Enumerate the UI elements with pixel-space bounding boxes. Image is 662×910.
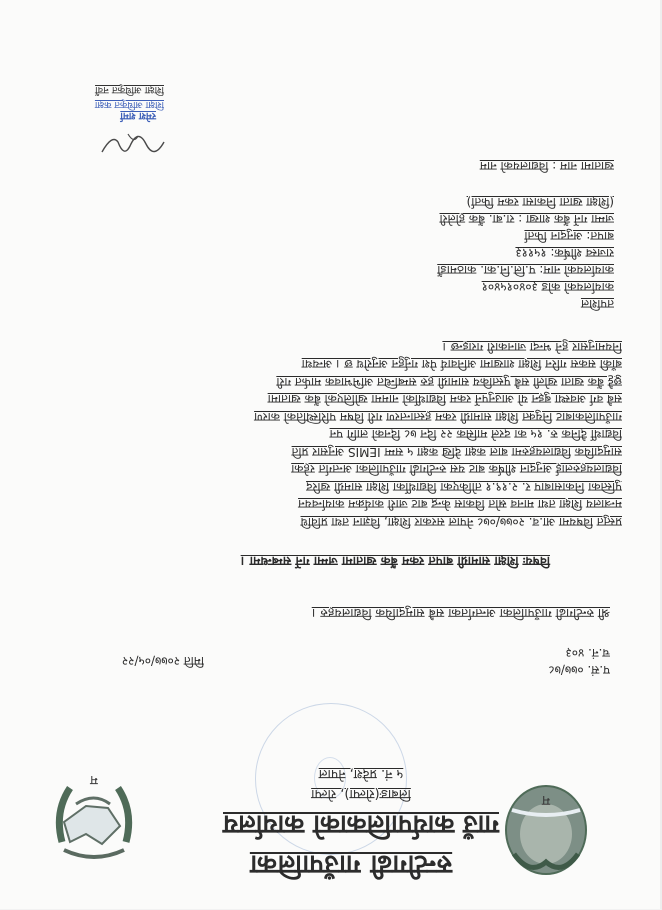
- body-line: सामुदायिक विद्यालयहरुमा बाल कक्षा देखि क…: [42, 443, 622, 461]
- body-line: प्रस्तुत विषयमा आ.व. २०७७/०७८ नेपाल सरका…: [42, 513, 622, 531]
- recipient: श्री रुन्टीगढी गाउँपालिका अन्तर्गतका सबै…: [312, 605, 610, 622]
- subject-line: विषयः शिक्षा सामाग्री बापत रकम बैंक खाता…: [241, 553, 550, 570]
- signature-block: रमेश शर्मा शिक्षा अधिकृत कक्षा शिक्षा अध…: [42, 68, 182, 168]
- office-name: गाउँ कार्यपालिकाको कार्यालय: [0, 808, 662, 844]
- dispatch-number: च.नं. ४०३: [548, 644, 610, 661]
- scanned-letter-page: म म रुन्टीगढी गाउँपालिका गाउँ कार्यपालिक…: [0, 0, 662, 910]
- details-line: राजस्व शीर्षक: १५११३: [437, 244, 614, 261]
- details-line: कार्यालयको नाम: प.लि.नि.का. काठमाडौं: [437, 261, 614, 278]
- account-name-line: खातामा नाम : विद्यालयको नाम: [480, 158, 614, 175]
- letter-date: मिति २०७७/०५/२२: [122, 653, 204, 670]
- details-line: (शिक्षा खाता निकासा रकम फिर्ता): [437, 193, 614, 210]
- body-line: पुस्तिका निकासाबाप र. २.१९.१ तोकिएका विद…: [42, 478, 622, 496]
- body-line: बाँकी सकस गरिन शिक्षा शाखामा अनिवार्य पे…: [42, 355, 622, 373]
- letter-body: प्रस्तुत विषयमा आ.व. २०७७/०७८ नेपाल सरका…: [42, 338, 622, 531]
- details-heading: तपशिल: [437, 295, 614, 312]
- fiscal-year: प.सं. ०७७/७८: [548, 661, 610, 678]
- office-address: लिबाङ(रोल्पा), रोल्पा: [0, 786, 662, 804]
- details-line: जम्मा गर्ने बैंक शाखा : रा.बा. बैंक होले…: [437, 210, 614, 227]
- body-line: नियमानुसार हुने भन्दा जानकारी गराइन्छ ।: [42, 338, 622, 356]
- stamp-signatory-name: रमेश शर्मा: [120, 110, 156, 124]
- stamp-signatory-title: शिक्षा अधिकृत कक्षा: [95, 99, 164, 112]
- body-line: मन्त्रालय शिक्षा तथा मानव स्रोत विकास के…: [42, 495, 622, 513]
- body-line: विद्यार्थी दैनिक रु. १५ का दरले मासिक २२…: [42, 425, 622, 443]
- body-line: विद्यालयहरुलाई अनुदान शीर्षक बाट यस रुन्…: [42, 460, 622, 478]
- reference-block: प.सं. ०७७/७८ च.नं. ४०३: [548, 644, 610, 678]
- printed-signatory-title: शिक्षा अधिकृत नवौं: [95, 84, 164, 98]
- body-line: गाउँपालिकाबाट नियुक्त शिक्षा सामाग्री रक…: [42, 408, 622, 426]
- details-block: तपशिल कार्यालयको कोड ३०४०१५४०१ कार्यालयक…: [437, 193, 614, 312]
- details-line: बापत: अनुदान फिर्ता: [437, 227, 614, 244]
- office-province: ५ नं. प्रदेश, नेपाल: [0, 766, 662, 784]
- municipality-name: रुन्टीगढी गाउँपालिका: [0, 848, 662, 884]
- letterhead: रुन्टीगढी गाउँपालिका गाउँ कार्यपालिकाको …: [0, 766, 662, 884]
- body-line: सबै वर्ग अवस्था बुझ्न यो आउनुपर्ने रकम व…: [42, 390, 622, 408]
- body-line: छुट्टै बैंक खाता खोली सबै पुस्तकिय सामाग…: [42, 373, 622, 391]
- signature-scribble-icon: [98, 130, 168, 164]
- details-line: कार्यालयको कोड ३०४०१५४०१: [437, 278, 614, 295]
